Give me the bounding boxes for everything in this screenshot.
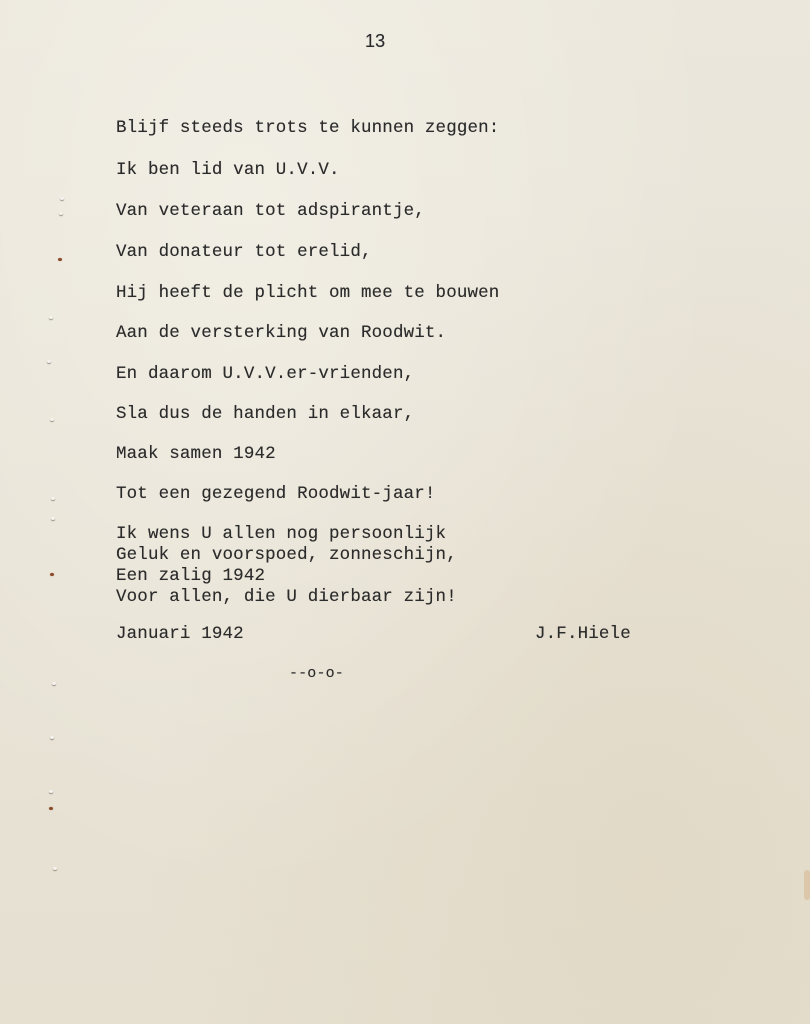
margin-punch-mark <box>50 736 54 739</box>
margin-rust-mark <box>49 807 53 810</box>
margin-punch-mark <box>53 867 57 870</box>
verse-line: Van veteraan tot adspirantje, <box>116 201 425 221</box>
end-mark: --o-o- <box>289 665 344 682</box>
closing-stanza-line: Ik wens U allen nog persoonlijk <box>116 524 446 544</box>
author-signature: J.F.Hiele <box>535 624 631 644</box>
margin-punch-mark <box>51 517 55 520</box>
date-line: Januari 1942 <box>116 624 244 644</box>
verse-line: Ik ben lid van U.V.V. <box>116 160 340 180</box>
closing-stanza-line: Voor allen, die U dierbaar zijn! <box>116 587 457 607</box>
verse-line: En daarom U.V.V.er-vrienden, <box>116 364 414 384</box>
margin-rust-mark <box>50 573 54 576</box>
verse-line: Sla dus de handen in elkaar, <box>116 404 414 424</box>
edge-stain <box>804 870 810 900</box>
margin-punch-mark <box>60 197 64 200</box>
margin-punch-mark <box>49 790 53 793</box>
verse-line: Blijf steeds trots te kunnen zeggen: <box>116 118 499 138</box>
verse-line: Aan de versterking van Roodwit. <box>116 323 446 343</box>
closing-stanza-line: Een zalig 1942 <box>116 566 265 586</box>
verse-line: Tot een gezegend Roodwit-jaar! <box>116 484 436 504</box>
margin-punch-mark <box>52 682 56 685</box>
verse-line: Hij heeft de plicht om mee te bouwen <box>116 283 499 303</box>
margin-punch-mark <box>51 497 55 500</box>
margin-punch-mark <box>50 418 54 421</box>
closing-stanza-line: Geluk en voorspoed, zonneschijn, <box>116 545 457 565</box>
margin-punch-mark <box>59 212 63 215</box>
paper-page: 13 Blijf steeds trots te kunnen zeggen: … <box>0 0 810 1024</box>
page-number: 13 <box>365 31 385 52</box>
margin-punch-mark <box>49 316 53 319</box>
margin-punch-mark <box>47 360 51 363</box>
verse-line: Van donateur tot erelid, <box>116 242 372 262</box>
verse-line: Maak samen 1942 <box>116 444 276 464</box>
margin-rust-mark <box>58 258 62 261</box>
